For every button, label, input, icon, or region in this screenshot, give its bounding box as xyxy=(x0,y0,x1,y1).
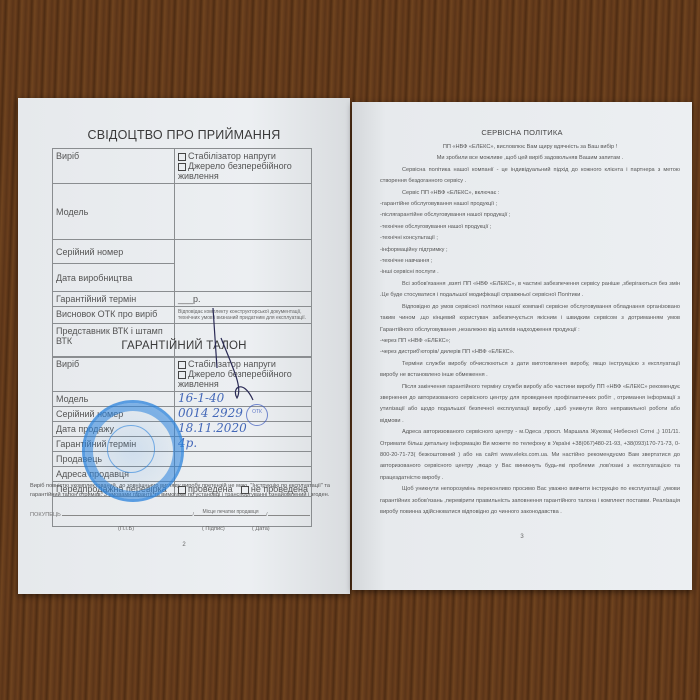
list-item: -післягарантійне обслуговування нашої пр… xyxy=(380,210,680,221)
acceptance-product-label: Виріб xyxy=(53,149,175,184)
checkbox-icon[interactable] xyxy=(178,163,186,171)
checkbox-icon[interactable] xyxy=(178,371,186,379)
page-number: 3 xyxy=(352,534,692,540)
acceptance-serial-date-value xyxy=(175,240,312,292)
acceptance-serial-label: Серійний номер xyxy=(53,240,175,264)
acceptance-title: СВІДОЦТВО ПРО ПРИЙМАННЯ xyxy=(18,128,350,142)
buyer-date-field[interactable] xyxy=(268,515,310,516)
otk-stamp-icon: ОТК xyxy=(246,404,268,426)
list-item: -через ПП «НВФ «ЕЛЕКС»; xyxy=(380,336,680,347)
list-item: -технічне обслуговування нашої продукції… xyxy=(380,222,680,233)
list-item: -інші сервісні послуги . xyxy=(380,267,680,278)
buyer-statement: Виріб повністю укомплектований, до зовні… xyxy=(30,482,330,500)
warranty-seller-value[interactable] xyxy=(175,452,312,467)
list-item: -інформаційну підтримку ; xyxy=(380,245,680,256)
acceptance-mfg-date-label: Дата виробництва xyxy=(53,264,175,292)
checkbox-icon[interactable] xyxy=(178,361,186,369)
paragraph-2: Сервіс ПП «НВФ «ЕЛЕКС», включає : xyxy=(380,188,680,199)
acceptance-warranty-term-value: ___р. xyxy=(175,292,312,307)
list-item: -технічні консультації ; xyxy=(380,233,680,244)
checkbox-icon[interactable] xyxy=(178,153,186,161)
list-item: -через дистриб'юторів/ дилерів ПП «НВФ «… xyxy=(380,347,680,358)
acceptance-model-value xyxy=(175,184,312,240)
paragraph-4: Відповідно до умов сервісної політики на… xyxy=(380,302,680,336)
channels-list: -через ПП «НВФ «ЕЛЕКС»; -через дистриб'ю… xyxy=(380,336,680,359)
page-number: 2 xyxy=(18,542,350,548)
service-policy-body: ПП «НВФ «ЕЛЕКС», висловлює Вам щиру вдяч… xyxy=(380,142,680,518)
warranty-product-label: Виріб xyxy=(53,357,175,392)
list-item: -гарантійне обслуговування нашої продукц… xyxy=(380,199,680,210)
greeting-1: ПП «НВФ «ЕЛЕКС», висловлює Вам щиру вдяч… xyxy=(380,142,680,153)
acceptance-otk-label: Висновок ОТК про виріб xyxy=(53,307,175,324)
paragraph-1: Сервісна політика нашої компанії - це ін… xyxy=(380,165,680,188)
paragraph-6: Після закінчення гарантійного терміну сл… xyxy=(380,382,680,428)
acceptance-product-options: Стабілізатор напруги Джерело безперебійн… xyxy=(175,149,312,184)
buyer-sign-field[interactable] xyxy=(194,515,266,516)
option-ups[interactable]: Джерело безперебійного живлення xyxy=(178,161,308,181)
warranty-term-value[interactable]: 4р. xyxy=(175,437,312,452)
paragraph-5: Терміни служби виробу обчислюються з дат… xyxy=(380,359,680,382)
services-list: -гарантійне обслуговування нашої продукц… xyxy=(380,199,680,279)
list-item: -технічне навчання ; xyxy=(380,256,680,267)
service-policy-title: СЕРВІСНА ПОЛІТИКА xyxy=(352,128,692,137)
greeting-2: Ми зробили все можливе ,щоб цей виріб за… xyxy=(380,153,680,164)
option-stabilizer[interactable]: Стабілізатор напруги xyxy=(178,151,308,161)
warranty-serial-value[interactable]: 0014 2929 xyxy=(175,407,312,422)
signature-icon xyxy=(203,308,263,408)
acceptance-table: Виріб Стабілізатор напруги Джерело безпе… xyxy=(52,148,312,358)
acceptance-warranty-term-label: Гарантійний термін xyxy=(53,292,175,307)
seller-stamp-icon xyxy=(82,400,184,502)
warranty-sale-date-value[interactable]: 18.11.2020 xyxy=(175,422,312,437)
buyer-name-field[interactable] xyxy=(62,515,192,516)
right-page: СЕРВІСНА ПОЛІТИКА ПП «НВФ «ЕЛЕКС», висло… xyxy=(352,102,692,590)
paragraph-7: Адреса авторизованого сервісного центру … xyxy=(380,427,680,484)
warranty-title: ГАРАНТІЙНИЙ ТАЛОН xyxy=(18,340,350,352)
left-page: СВІДОЦТВО ПРО ПРИЙМАННЯ Виріб Стабілізат… xyxy=(18,98,350,594)
paragraph-8: Щоб уникнути непорозумінь переконливо пр… xyxy=(380,484,680,518)
buyer-label: ПОКУПЕЦЬ xyxy=(30,512,61,518)
acceptance-model-label: Модель xyxy=(53,184,175,240)
paragraph-3: Всі зобов'язання ,взяті ПП «НВФ «ЕЛЕКС»,… xyxy=(380,279,680,302)
buyer-signature-line: ПОКУПЕЦЬ // xyxy=(30,512,330,518)
warranty-seller-address-value[interactable] xyxy=(175,467,312,482)
